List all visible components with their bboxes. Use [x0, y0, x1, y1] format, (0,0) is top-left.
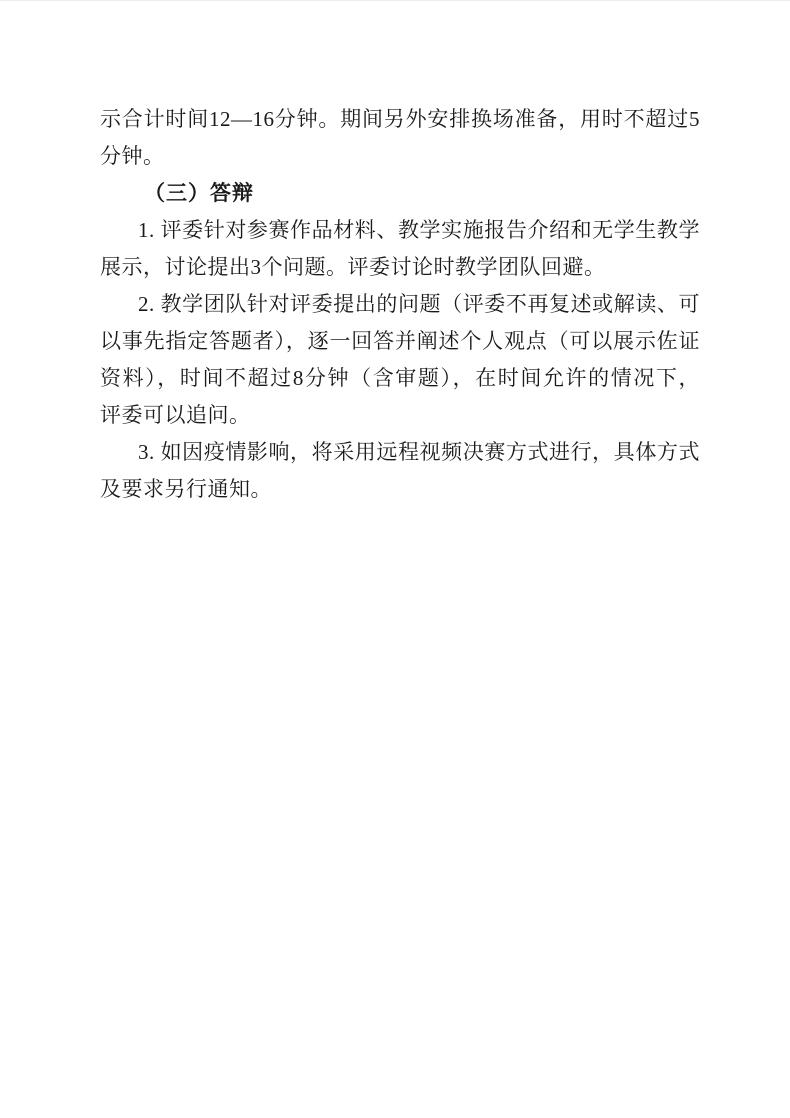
- paragraph-line: 1. 评委针对参赛作品材料、教学实施报告介绍和无学生教学: [100, 212, 700, 249]
- paragraph-line: 资料），时间不超过8分钟（含审题），在时间允许的情况下，: [100, 360, 700, 397]
- paragraph-line: 及要求另行通知。: [100, 471, 700, 508]
- document-text-block: 示合计时间12—16分钟。期间另外安排换场准备，用时不超过5 分钟。 （三）答辩…: [100, 101, 700, 508]
- paragraph-line: 示合计时间12—16分钟。期间另外安排换场准备，用时不超过5: [100, 101, 700, 138]
- paragraph-line: 分钟。: [100, 138, 700, 175]
- paragraph-line: 3. 如因疫情影响，将采用远程视频决赛方式进行，具体方式: [100, 434, 700, 471]
- paragraph-line: 以事先指定答题者），逐一回答并阐述个人观点（可以展示佐证: [100, 323, 700, 360]
- paragraph-line: 2. 教学团队针对评委提出的问题（评委不再复述或解读、可: [100, 286, 700, 323]
- document-page: 示合计时间12—16分钟。期间另外安排换场准备，用时不超过5 分钟。 （三）答辩…: [0, 0, 790, 1118]
- paragraph-line: 展示，讨论提出3个问题。评委讨论时教学团队回避。: [100, 249, 700, 286]
- paragraph-line: 评委可以追问。: [100, 397, 700, 434]
- section-heading: （三）答辩: [100, 175, 700, 212]
